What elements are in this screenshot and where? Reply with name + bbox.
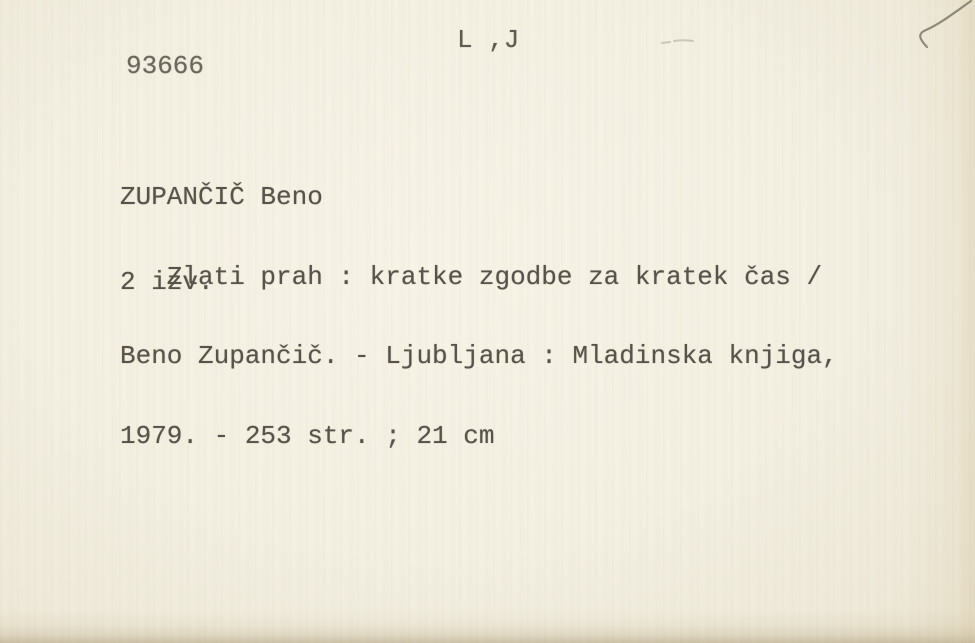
pencil-dash-icon — [662, 40, 693, 43]
collation-line: 1979. - 253 str. ; 21 cm — [120, 423, 838, 450]
accession-number: 93666 — [126, 53, 204, 80]
pencil-checkmark-icon — [920, 1, 971, 47]
bibliographic-entry: ZUPANČIČ Beno Zlati prah : kratke zgodbe… — [120, 131, 838, 502]
author-heading: ZUPANČIČ Beno — [120, 184, 838, 211]
title-line: Zlati prah : kratke zgodbe za kratek čas… — [120, 264, 838, 291]
imprint-line: Beno Zupančič. - Ljubljana : Mladinska k… — [120, 343, 838, 370]
library-catalog-card: 93666 L ,J ZUPANČIČ Beno Zlati prah : kr… — [0, 0, 975, 643]
classification-code: L ,J — [457, 27, 519, 54]
copies-note: 2 izv. — [120, 269, 214, 296]
